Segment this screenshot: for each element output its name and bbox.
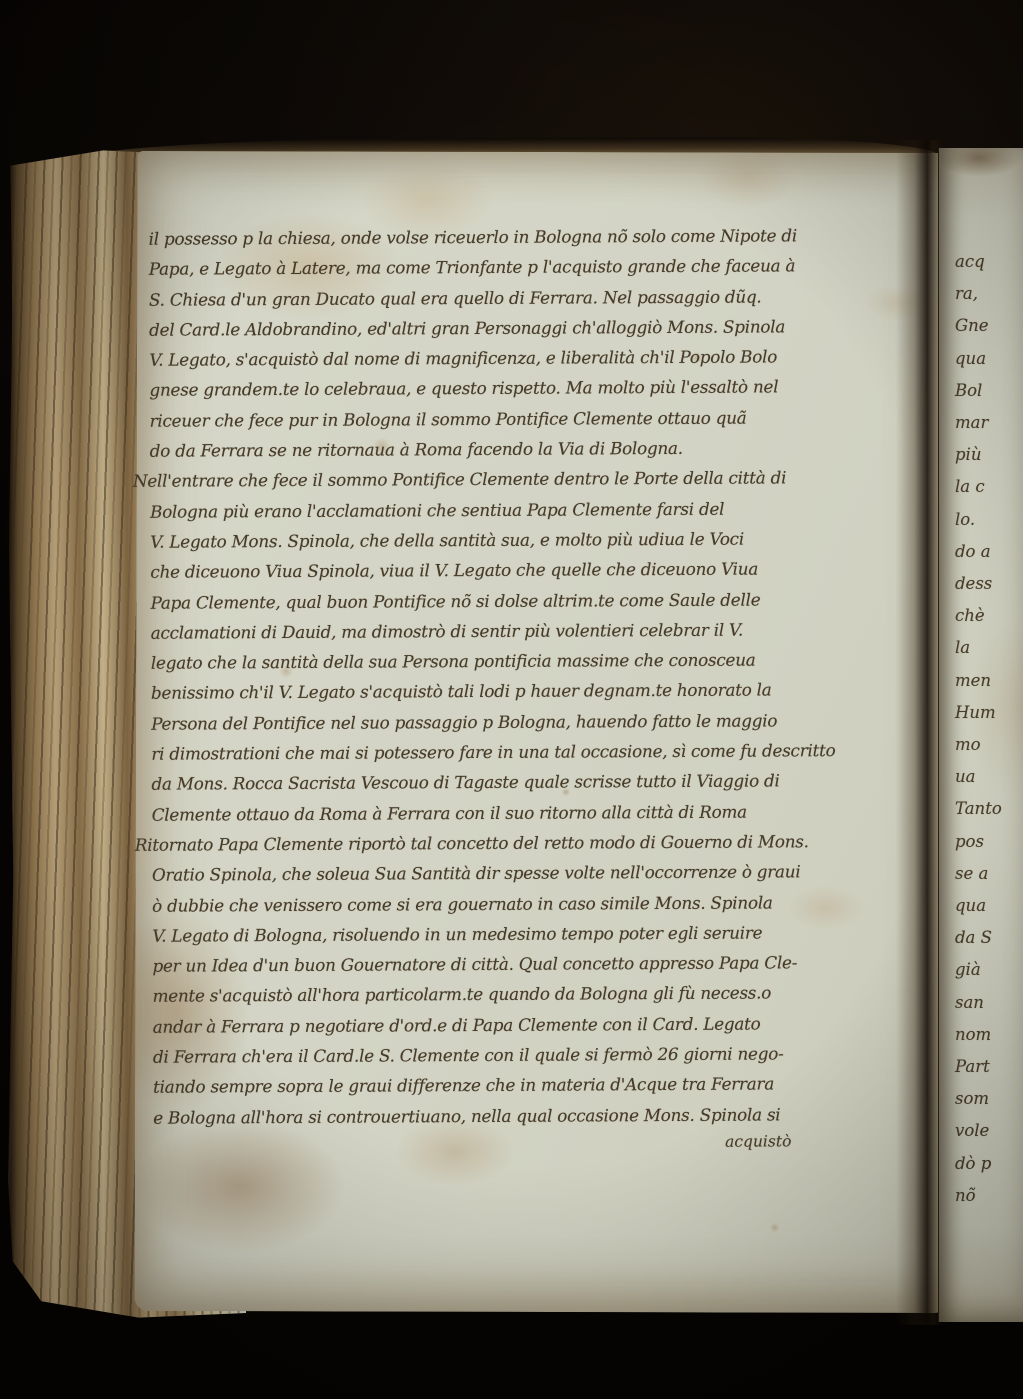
right-page-line-fragment: se a xyxy=(955,858,1023,890)
manuscript-line: tiando sempre sopra le graui differenze … xyxy=(153,1069,801,1103)
manuscript-line: da Mons. Rocca Sacrista Vescouo di Tagas… xyxy=(151,766,799,800)
manuscript-line: e Bologna all'hora si controuertiuano, n… xyxy=(153,1099,801,1133)
right-page-line-fragment: pos xyxy=(955,826,1023,858)
right-page-line-fragment: più xyxy=(955,439,1023,471)
manuscript-line: legato che la santità della sua Persona … xyxy=(151,644,799,678)
right-page-line-fragment: Gne xyxy=(955,310,1023,342)
right-page-line-fragment: da S xyxy=(955,922,1023,954)
right-page-line-fragment: Tanto xyxy=(955,793,1023,825)
photo-background: il possesso p la chiesa, onde volse rice… xyxy=(0,0,1023,1399)
right-page-line-fragment: dò p xyxy=(955,1148,1023,1180)
manuscript-line: che diceuono Viua Spinola, viua il V. Le… xyxy=(150,554,798,588)
right-page-line-fragment: la c xyxy=(955,471,1023,503)
manuscript-line: S. Chiesa d'un gran Ducato qual era quel… xyxy=(149,281,797,315)
book-gutter-shadow xyxy=(896,140,942,1325)
right-page-sliver: acqra,GnequaBolmarpiùla clo.do adesschèl… xyxy=(938,148,1023,1322)
right-page-line-fragment: ra, xyxy=(955,278,1023,310)
manuscript-text-block: il possesso p la chiesa, onde volse rice… xyxy=(149,220,802,1153)
manuscript-line: V. Legato, s'acquistò dal nome di magnif… xyxy=(149,341,797,375)
manuscript-line: ò dubbie che venissero come si era gouer… xyxy=(152,887,800,921)
manuscript-line: riceuer che fece pur in Bologna il sommo… xyxy=(150,402,798,436)
right-page-line-fragment: qua xyxy=(955,343,1023,375)
manuscript-line: il possesso p la chiesa, onde volse rice… xyxy=(149,220,797,254)
manuscript-line: Clemente ottauo da Roma à Ferrara con il… xyxy=(152,796,800,830)
right-page-line-fragment: mar xyxy=(955,407,1023,439)
right-page-line-fragment: san xyxy=(955,987,1023,1019)
right-page-line-fragment: som xyxy=(955,1083,1023,1115)
right-page-line-fragment: la xyxy=(955,632,1023,664)
manuscript-line: andar à Ferrara p negotiare d'ord.e di P… xyxy=(153,1008,801,1042)
right-page-line-fragment: acq xyxy=(955,246,1023,278)
right-page-line-fragment: nom xyxy=(955,1019,1023,1051)
right-page-line-fragment: nõ xyxy=(955,1180,1023,1212)
manuscript-line: Oratio Spinola, che soleua Sua Santità d… xyxy=(152,857,800,891)
manuscript-line: Ritornato Papa Clemente riportò tal conc… xyxy=(135,826,800,860)
right-page-line-fragment: Hum xyxy=(955,697,1023,729)
manuscript-line: V. Legato di Bologna, risoluendo in un m… xyxy=(152,917,800,951)
right-page-line-fragment: qua xyxy=(955,890,1023,922)
manuscript-line: del Card.le Aldobrandino, ed'altri gran … xyxy=(149,311,797,345)
manuscript-line: mente s'acquistò all'hora particolarm.te… xyxy=(153,978,801,1012)
manuscript-line: di Ferrara ch'era il Card.le S. Clemente… xyxy=(153,1038,801,1072)
manuscript-line: Bologna più erano l'acclamationi che sen… xyxy=(150,493,798,527)
manuscript-line: Papa Clemente, qual buon Pontifice nõ si… xyxy=(150,584,798,618)
right-page-line-fragment: mo xyxy=(955,729,1023,761)
manuscript-line: Persona del Pontifice nel suo passaggio … xyxy=(151,705,799,739)
manuscript-line: Papa, e Legato à Latere, ma come Trionfa… xyxy=(149,251,797,285)
manuscript-line: ri dimostrationi che mai si potessero fa… xyxy=(151,735,799,769)
manuscript-line: acclamationi di Dauid, ma dimostrò di se… xyxy=(151,614,799,648)
right-page-line-fragment: già xyxy=(955,954,1023,986)
manuscript-line: benissimo ch'il V. Legato s'acquistò tal… xyxy=(151,675,799,709)
right-page-line-fragment: Part xyxy=(955,1051,1023,1083)
right-page-line-fragment: dess xyxy=(955,568,1023,600)
right-page-text-fragments: acqra,GnequaBolmarpiùla clo.do adesschèl… xyxy=(955,246,1023,1212)
manuscript-line: Nell'entrare che fece il sommo Pontifice… xyxy=(133,463,798,497)
manuscript-line: gnese grandem.te lo celebraua, e questo … xyxy=(149,372,797,406)
manuscript-line: per un Idea d'un buon Gouernatore di cit… xyxy=(152,947,800,981)
right-page-line-fragment: do a xyxy=(955,536,1023,568)
right-page-line-fragment: vole xyxy=(955,1115,1023,1147)
left-page: il possesso p la chiesa, onde volse rice… xyxy=(8,136,940,1326)
right-page-line-fragment: chè xyxy=(955,600,1023,632)
right-page-line-fragment: ua xyxy=(955,761,1023,793)
right-page-line-fragment: men xyxy=(955,665,1023,697)
right-page-line-fragment: lo. xyxy=(955,504,1023,536)
manuscript-line: V. Legato Mons. Spinola, che della santi… xyxy=(150,523,798,557)
catchword: acquistò xyxy=(153,1132,801,1153)
manuscript-line: do da Ferrara se ne ritornaua à Roma fac… xyxy=(150,432,798,466)
right-page-line-fragment: Bol xyxy=(955,375,1023,407)
